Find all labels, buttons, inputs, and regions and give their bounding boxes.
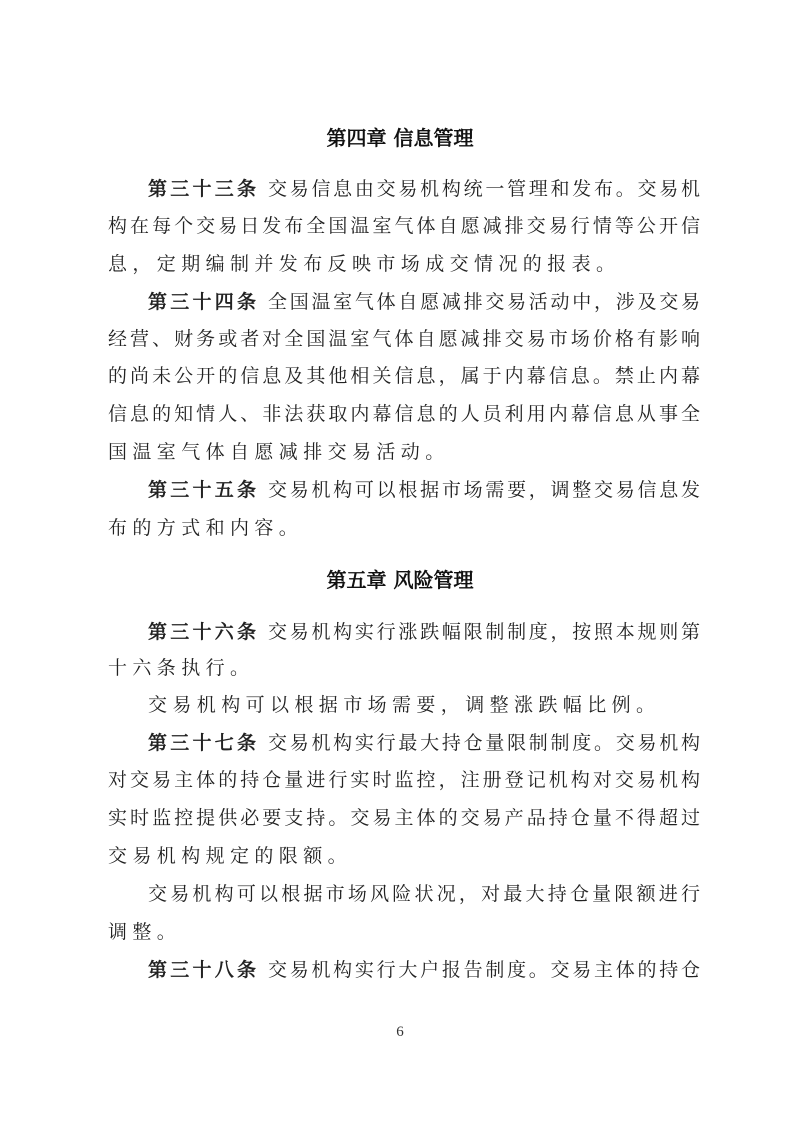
article-35-line-1: 第三十五条 交易机构可以根据市场需要，调整交易信息发 xyxy=(148,475,700,505)
article-34-line-3: 的尚未公开的信息及其他相关信息，属于内幕信息。禁止内幕 xyxy=(108,361,700,391)
article-36-paragraph-2: 交易机构可以根据市场需要，调整涨跌幅比例。 xyxy=(148,690,700,720)
article-33-text: 交易信息由交易机构统一管理和发布。交易机 xyxy=(268,178,700,200)
article-34-text: 全国温室气体自愿减排交易活动中，涉及交易 xyxy=(268,291,700,313)
article-36-label: 第三十六条 xyxy=(148,621,259,643)
article-36-text: 交易机构实行涨跌幅限制制度，按照本规则第 xyxy=(268,621,700,643)
article-34-label: 第三十四条 xyxy=(148,291,259,313)
article-34-line-2: 经营、财务或者对全国温室气体自愿减排交易市场价格有影响 xyxy=(108,324,700,354)
article-38-label: 第三十八条 xyxy=(148,959,259,981)
article-38-line-1: 第三十八条 交易机构实行大户报告制度。交易主体的持仓 xyxy=(148,955,700,985)
page-number: 6 xyxy=(0,1024,800,1041)
article-37-line-2: 对交易主体的持仓量进行实时监控，注册登记机构对交易机构 xyxy=(108,765,700,795)
article-34-line-1: 第三十四条 全国温室气体自愿减排交易活动中，涉及交易 xyxy=(148,287,700,317)
chapter-4-heading: 第四章 信息管理 xyxy=(0,123,800,153)
article-35-line-2: 布的方式和内容。 xyxy=(108,513,700,543)
article-36-line-1: 第三十六条 交易机构实行涨跌幅限制制度，按照本规则第 xyxy=(148,617,700,647)
article-37-line-3: 实时监控提供必要支持。交易主体的交易产品持仓量不得超过 xyxy=(108,803,700,833)
chapter-5-heading: 第五章 风险管理 xyxy=(0,565,800,595)
article-35-label: 第三十五条 xyxy=(148,479,259,501)
article-33-line-1: 第三十三条 交易信息由交易机构统一管理和发布。交易机 xyxy=(148,174,700,204)
article-37-paragraph-2-line-2: 调整。 xyxy=(108,917,700,947)
document-page: 第四章 信息管理 第三十三条 交易信息由交易机构统一管理和发布。交易机 构在每个… xyxy=(0,0,800,1131)
article-36-line-2: 十六条执行。 xyxy=(108,653,700,683)
article-38-text: 交易机构实行大户报告制度。交易主体的持仓 xyxy=(268,959,700,981)
article-37-label: 第三十七条 xyxy=(148,732,259,754)
article-37-paragraph-2-line-1: 交易机构可以根据市场风险状况，对最大持仓量限额进行 xyxy=(148,879,700,909)
article-33-line-2: 构在每个交易日发布全国温室气体自愿减排交易行情等公开信 xyxy=(108,211,700,241)
article-35-text: 交易机构可以根据市场需要，调整交易信息发 xyxy=(268,479,700,501)
article-33-line-3: 息，定期编制并发布反映市场成交情况的报表。 xyxy=(108,249,700,279)
article-37-text: 交易机构实行最大持仓量限制制度。交易机构 xyxy=(268,732,700,754)
article-34-line-5: 国温室气体自愿减排交易活动。 xyxy=(108,437,700,467)
article-37-line-1: 第三十七条 交易机构实行最大持仓量限制制度。交易机构 xyxy=(148,728,700,758)
article-34-line-4: 信息的知情人、非法获取内幕信息的人员利用内幕信息从事全 xyxy=(108,399,700,429)
article-37-line-4: 交易机构规定的限额。 xyxy=(108,841,700,871)
article-33-label: 第三十三条 xyxy=(148,178,259,200)
